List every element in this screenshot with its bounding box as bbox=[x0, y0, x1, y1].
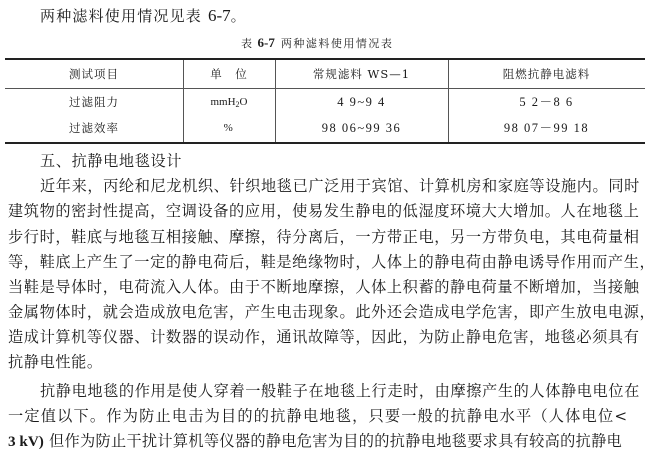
caption-prefix: 表 bbox=[241, 37, 254, 50]
table-reference: 6-7 bbox=[208, 6, 231, 25]
intro-sentence: 两种滤料使用情况见表 6-7。 bbox=[40, 6, 247, 26]
filter-comparison-table: 测试项目 单 位 常规滤料 WS—1 阻燃抗静电滤料 过滤阻力 mmH2O 4 … bbox=[5, 58, 645, 144]
paragraph1-line: 近年来，丙纶和尼龙机织、针织地毯已广泛用于宾馆、计算机房和家庭等设施内。同时 bbox=[40, 176, 640, 196]
unit-main: mmH bbox=[210, 96, 235, 108]
row2-fr-value: 98 07－99 18 bbox=[448, 121, 645, 135]
paragraph1-line: 造成计算机等仪器、计数器的误动作，通讯故障等，因此，为防止静电危害，地毯必须具有 bbox=[8, 327, 640, 347]
row1-ws1-value: 4 9~9 4 bbox=[275, 95, 448, 109]
row2-unit: % bbox=[183, 121, 275, 135]
intro-period: 。 bbox=[231, 7, 247, 25]
paragraph1-line: 金属物体时，就会造成放电危害，产生电击现象。此外还会造成电学危害，即产生放电电源… bbox=[8, 302, 647, 322]
row1-fr-value: 5 2－8 6 bbox=[448, 95, 645, 109]
section-heading: 五、抗静电地毯设计 bbox=[40, 151, 182, 171]
paragraph1-line: 当鞋是导体时，电荷流入人体。由于不断地摩擦，人体上积蓄的静电荷量不断增加，当接触 bbox=[8, 277, 640, 297]
paragraph2-line3-text: 但作为防止干扰计算机等仪器的静电危害为目的的抗静电地毯要求具有较高的抗静电 bbox=[44, 432, 622, 450]
header-unit: 单 位 bbox=[183, 67, 275, 81]
paragraph2-line: 抗静电地毯的作用是使人穿着一般鞋子在地毯上行走时，由摩擦产生的人体静电电位在 bbox=[40, 381, 640, 401]
row1-item: 过滤阻力 bbox=[5, 95, 183, 109]
caption-number: 6-7 bbox=[258, 35, 275, 50]
table-header-rule bbox=[5, 88, 645, 89]
table-caption: 表6-7两种滤料使用情况表 bbox=[241, 33, 393, 54]
header-ws1: 常规滤料 WS—1 bbox=[275, 67, 448, 81]
row1-unit: mmH2O bbox=[183, 95, 275, 109]
paragraph1-line: 步行时，鞋底与地毯互相接触、摩擦，待分离后，一方带正电，另一方带负电，其电荷量相 bbox=[8, 227, 640, 247]
table-bottom-rule bbox=[5, 142, 645, 144]
row2-item: 过滤效率 bbox=[5, 121, 183, 135]
table-top-rule bbox=[5, 58, 645, 60]
paragraph2-line: 一定值以下。作为防止电击为目的的抗静电地毯，只要一般的抗静电水平（人体电位< bbox=[8, 406, 628, 426]
paragraph1-line: 建筑物的密封性提高，空调设备的应用，使易发生静电的低湿度环境大大增加。人在地毯上 bbox=[8, 201, 640, 221]
caption-title: 两种滤料使用情况表 bbox=[281, 37, 394, 50]
row2-ws1-value: 98 06~99 36 bbox=[275, 121, 448, 135]
unit-tail: O bbox=[240, 96, 248, 108]
paragraph1-line: 抗静电性能。 bbox=[8, 352, 103, 372]
header-test-item: 测试项目 bbox=[5, 67, 183, 81]
paragraph1-line: 等，鞋底上产生了一定的静电荷后，鞋是绝缘物时，人体上的静电荷由静电诱导作用而产生… bbox=[8, 252, 647, 272]
intro-text: 两种滤料使用情况见表 bbox=[40, 7, 202, 25]
header-flame-retardant: 阻燃抗静电滤料 bbox=[448, 67, 645, 81]
voltage-value: 3 kV) bbox=[8, 433, 44, 450]
paragraph2-line: 3 kV) 但作为防止干扰计算机等仪器的静电危害为目的的抗静电地毯要求具有较高的… bbox=[8, 431, 622, 452]
